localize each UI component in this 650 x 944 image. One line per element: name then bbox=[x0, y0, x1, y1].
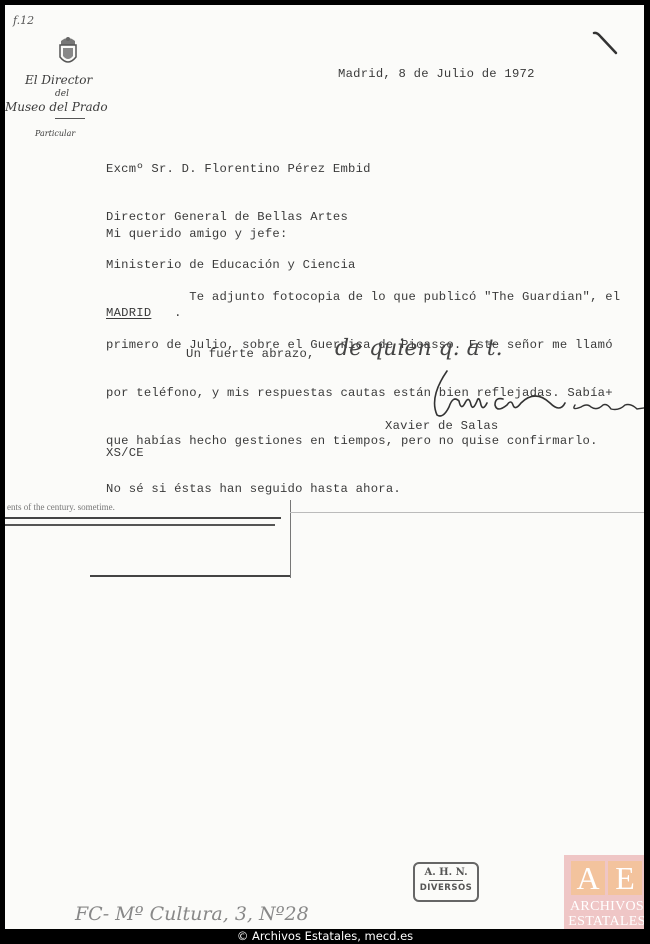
stamp-title: A. H. N. bbox=[415, 867, 477, 878]
handwritten-closing-note: de quien q. a t. bbox=[335, 336, 503, 361]
archive-reference-annotation: FC- Mº Cultura, 3, Nº28 bbox=[75, 903, 309, 925]
letterhead-institution: Museo del Prado bbox=[5, 100, 108, 114]
reference-initials: XS/CE bbox=[106, 445, 144, 461]
letterhead-divider bbox=[55, 118, 85, 119]
logo-text-estatales: ESTATALES bbox=[564, 914, 644, 929]
letterhead-connector: del bbox=[55, 89, 69, 99]
handwritten-signature-icon bbox=[425, 367, 644, 425]
logo-letter-a: A bbox=[571, 861, 605, 895]
recipient-title: Director General de Bellas Artes bbox=[106, 209, 371, 225]
stamp-subtitle: DIVERSOS bbox=[415, 883, 477, 893]
salutation: Mi querido amigo y jefe: bbox=[106, 226, 288, 242]
clipping-text: ents of the century. sometime. bbox=[7, 502, 115, 512]
body-line: que habías hecho gestiones en tiempos, p… bbox=[106, 433, 620, 449]
newspaper-clipping-edge: ents of the century. sometime. bbox=[5, 500, 291, 578]
archive-stamp: A. H. N. DIVERSOS bbox=[413, 862, 479, 902]
pen-stroke-mark bbox=[591, 29, 621, 57]
logo-text-archivos: ARCHIVOS bbox=[564, 899, 644, 915]
body-line: No sé si éstas han seguido hasta ahora. bbox=[106, 481, 620, 497]
corner-folio-note: f.12 bbox=[13, 14, 34, 27]
body-line: Te adjunto fotocopia de lo que publicó "… bbox=[106, 289, 620, 305]
signer-name: Xavier de Salas bbox=[385, 418, 498, 434]
closing: Un fuerte abrazo, bbox=[186, 346, 315, 362]
archivos-estatales-logo: A E ARCHIVOS ESTATALES bbox=[564, 855, 644, 929]
logo-letter-e: E bbox=[608, 861, 642, 895]
letter-date: Madrid, 8 de Julio de 1972 bbox=[338, 66, 535, 82]
letter-page: f.12 El Director del Museo del Prado Par… bbox=[5, 5, 644, 929]
coat-of-arms-icon bbox=[53, 35, 83, 69]
letterhead-particular: Particular bbox=[35, 129, 75, 138]
copyright-footer: © Archivos Estatales, mecd.es bbox=[0, 929, 650, 944]
letterhead-title: El Director bbox=[25, 73, 92, 87]
recipient-name: Excmº Sr. D. Florentino Pérez Embid bbox=[106, 161, 371, 177]
